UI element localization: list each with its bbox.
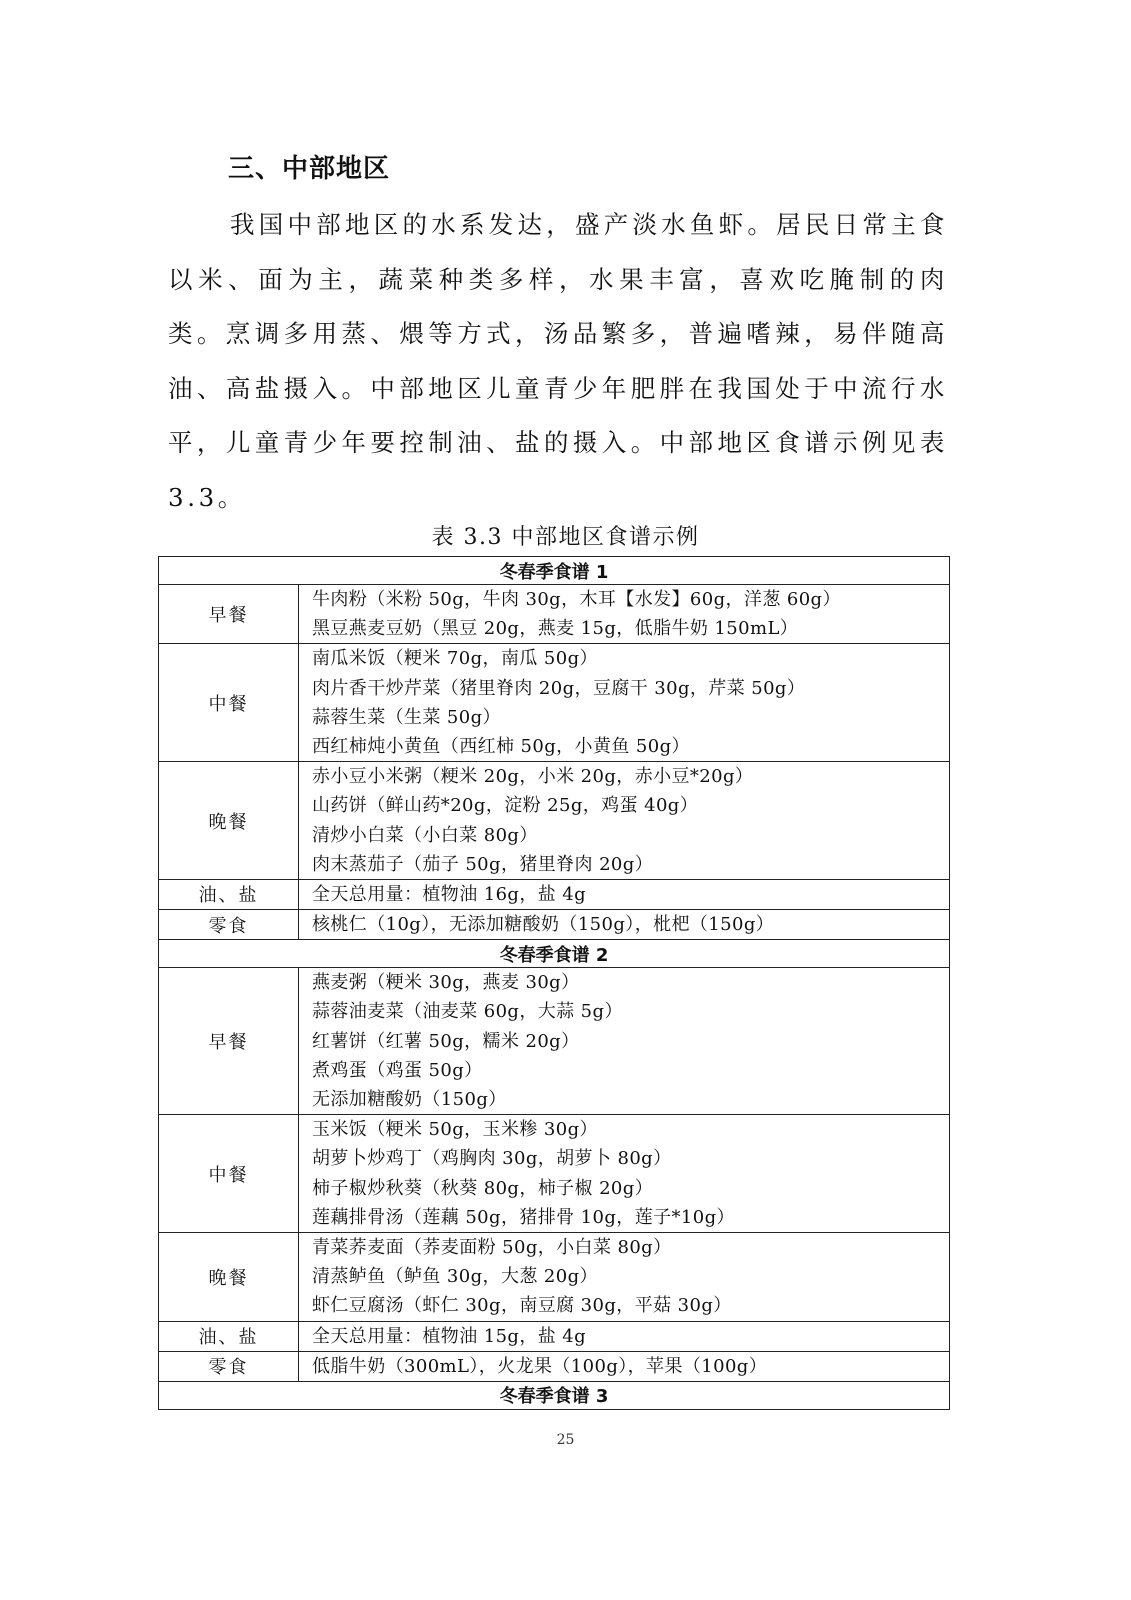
page-number: 25 (0, 1432, 1131, 1448)
dish-item: 玉米饭（粳米 50g，玉米糁 30g） (312, 1115, 949, 1144)
meal-label: 中餐 (159, 1115, 299, 1233)
dish-item: 煮鸡蛋（鸡蛋 50g） (312, 1056, 949, 1085)
dish-item: 莲藕排骨汤（莲藕 50g，猪排骨 10g，莲子*10g） (312, 1203, 949, 1232)
dish-item: 肉片香干炒芹菜（猪里脊肉 20g，豆腐干 30g，芹菜 50g） (312, 674, 949, 703)
dish-item: 红薯饼（红薯 50g，糯米 20g） (312, 1027, 949, 1056)
menu-section-header: 冬春季食谱 3 (159, 1381, 950, 1409)
menu-title: 冬春季食谱 2 (159, 940, 950, 968)
meal-items: 燕麦粥（粳米 30g，燕麦 30g） 蒜蓉油麦菜（油麦菜 60g，大蒜 5g） … (299, 968, 950, 1115)
dish-item: 核桃仁（10g），无添加糖酸奶（150g），枇杷（150g） (312, 910, 949, 939)
menu-section-header: 冬春季食谱 1 (159, 557, 950, 585)
meal-items: 核桃仁（10g），无添加糖酸奶（150g），枇杷（150g） (299, 910, 950, 940)
menu-title: 冬春季食谱 1 (159, 557, 950, 585)
dish-item: 西红柿炖小黄鱼（西红柿 50g，小黄鱼 50g） (312, 732, 949, 761)
dish-item: 全天总用量：植物油 16g，盐 4g (312, 880, 949, 909)
table-row: 晚餐 青菜荞麦面（荞麦面粉 50g，小白菜 80g） 清蒸鲈鱼（鲈鱼 30g，大… (159, 1232, 950, 1321)
table-row: 中餐 南瓜米饭（粳米 70g，南瓜 50g） 肉片香干炒芹菜（猪里脊肉 20g，… (159, 644, 950, 762)
menu-section-header: 冬春季食谱 2 (159, 940, 950, 968)
meal-label: 油、盐 (159, 879, 299, 909)
meal-items: 低脂牛奶（300mL），火龙果（100g），苹果（100g） (299, 1351, 950, 1381)
table-caption: 表 3.3 中部地区食谱示例 (0, 520, 1131, 551)
menu-title: 冬春季食谱 3 (159, 1381, 950, 1409)
meal-label: 零食 (159, 1351, 299, 1381)
dish-item: 肉末蒸茄子（茄子 50g，猪里脊肉 20g） (312, 850, 949, 879)
table-row: 油、盐 全天总用量：植物油 15g，盐 4g (159, 1321, 950, 1351)
dish-item: 山药饼（鲜山药*20g，淀粉 25g，鸡蛋 40g） (312, 791, 949, 820)
dish-item: 无添加糖酸奶（150g） (312, 1085, 949, 1114)
meal-items: 赤小豆小米粥（粳米 20g，小米 20g，赤小豆*20g） 山药饼（鲜山药*20… (299, 762, 950, 880)
table-row: 油、盐 全天总用量：植物油 16g，盐 4g (159, 879, 950, 909)
meal-label: 早餐 (159, 968, 299, 1115)
dish-item: 清蒸鲈鱼（鲈鱼 30g，大葱 20g） (312, 1262, 949, 1291)
dish-item: 虾仁豆腐汤（虾仁 30g，南豆腐 30g，平菇 30g） (312, 1291, 949, 1320)
dish-item: 燕麦粥（粳米 30g，燕麦 30g） (312, 968, 949, 997)
meal-items: 玉米饭（粳米 50g，玉米糁 30g） 胡萝卜炒鸡丁（鸡胸肉 30g，胡萝卜 8… (299, 1115, 950, 1233)
dish-item: 蒜蓉油麦菜（油麦菜 60g，大蒜 5g） (312, 997, 949, 1026)
dish-item: 赤小豆小米粥（粳米 20g，小米 20g，赤小豆*20g） (312, 762, 949, 791)
meal-items: 青菜荞麦面（荞麦面粉 50g，小白菜 80g） 清蒸鲈鱼（鲈鱼 30g，大葱 2… (299, 1232, 950, 1321)
table-row: 中餐 玉米饭（粳米 50g，玉米糁 30g） 胡萝卜炒鸡丁（鸡胸肉 30g，胡萝… (159, 1115, 950, 1233)
meal-items: 全天总用量：植物油 16g，盐 4g (299, 879, 950, 909)
dish-item: 蒜蓉生菜（生菜 50g） (312, 703, 949, 732)
meal-items: 南瓜米饭（粳米 70g，南瓜 50g） 肉片香干炒芹菜（猪里脊肉 20g，豆腐干… (299, 644, 950, 762)
table-row: 零食 低脂牛奶（300mL），火龙果（100g），苹果（100g） (159, 1351, 950, 1381)
meal-label: 零食 (159, 910, 299, 940)
intro-paragraph: 我国中部地区的水系发达，盛产淡水鱼虾。居民日常主食以米、面为主，蔬菜种类多样，水… (168, 198, 948, 526)
dish-item: 低脂牛奶（300mL），火龙果（100g），苹果（100g） (312, 1352, 949, 1381)
meal-label: 晚餐 (159, 762, 299, 880)
dish-item: 全天总用量：植物油 15g，盐 4g (312, 1322, 949, 1351)
meal-label: 中餐 (159, 644, 299, 762)
dish-item: 南瓜米饭（粳米 70g，南瓜 50g） (312, 644, 949, 673)
dish-item: 清炒小白菜（小白菜 80g） (312, 821, 949, 850)
table-row: 晚餐 赤小豆小米粥（粳米 20g，小米 20g，赤小豆*20g） 山药饼（鲜山药… (159, 762, 950, 880)
meal-items: 牛肉粉（米粉 50g，牛肉 30g，木耳【水发】60g，洋葱 60g） 黑豆燕麦… (299, 585, 950, 644)
meal-label: 早餐 (159, 585, 299, 644)
meal-items: 全天总用量：植物油 15g，盐 4g (299, 1321, 950, 1351)
dish-item: 黑豆燕麦豆奶（黑豆 20g，燕麦 15g，低脂牛奶 150mL） (312, 614, 949, 643)
dish-item: 柿子椒炒秋葵（秋葵 80g，柿子椒 20g） (312, 1174, 949, 1203)
meal-label: 晚餐 (159, 1232, 299, 1321)
dish-item: 牛肉粉（米粉 50g，牛肉 30g，木耳【水发】60g，洋葱 60g） (312, 585, 949, 614)
table-row: 零食 核桃仁（10g），无添加糖酸奶（150g），枇杷（150g） (159, 910, 950, 940)
section-heading: 三、中部地区 (228, 148, 390, 185)
dish-item: 青菜荞麦面（荞麦面粉 50g，小白菜 80g） (312, 1233, 949, 1262)
table-row: 早餐 燕麦粥（粳米 30g，燕麦 30g） 蒜蓉油麦菜（油麦菜 60g，大蒜 5… (159, 968, 950, 1115)
dish-item: 胡萝卜炒鸡丁（鸡胸肉 30g，胡萝卜 80g） (312, 1144, 949, 1173)
meal-label: 油、盐 (159, 1321, 299, 1351)
menu-table: 冬春季食谱 1 早餐 牛肉粉（米粉 50g，牛肉 30g，木耳【水发】60g，洋… (158, 556, 950, 1410)
table-row: 早餐 牛肉粉（米粉 50g，牛肉 30g，木耳【水发】60g，洋葱 60g） 黑… (159, 585, 950, 644)
